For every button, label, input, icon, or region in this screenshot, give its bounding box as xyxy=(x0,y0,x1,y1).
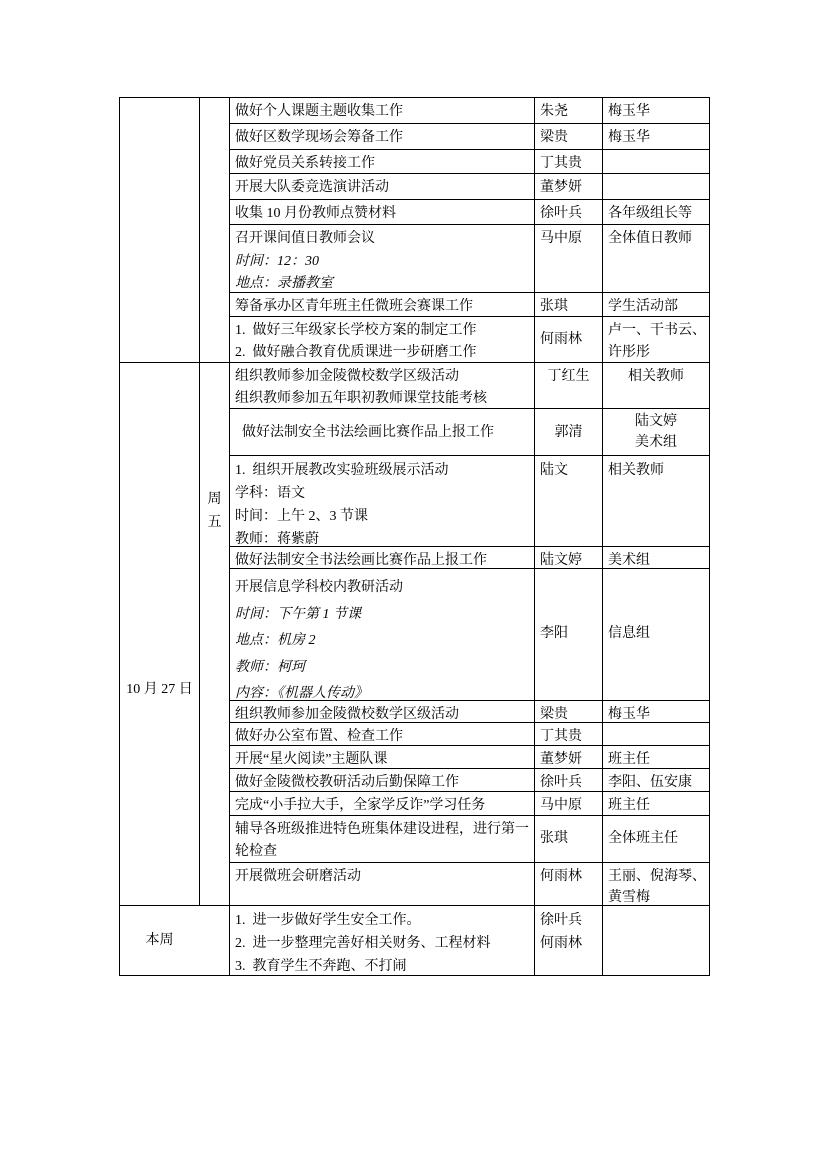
text-line: 教师：柯珂 xyxy=(235,655,531,682)
person-cell: 马中原 xyxy=(535,792,603,816)
text-line: 董梦妍 xyxy=(540,749,599,769)
person-cell: 何雨林 xyxy=(535,317,603,363)
person-cell: 马中原 xyxy=(535,225,603,293)
person-cell: 李阳 xyxy=(535,569,603,701)
text-line: 丁其贵 xyxy=(540,726,599,746)
text-line: 马中原 xyxy=(540,795,599,816)
text-line: 董梦妍 xyxy=(540,177,599,198)
week-summary-cell: 本周 xyxy=(120,906,230,975)
text-line: 2. 做好融合教育优质课进一步研磨工作 xyxy=(235,342,531,363)
collaborator-cell: 梅玉华 xyxy=(603,98,709,124)
task-cell: 完成“小手拉大手，全家学反诈”学习任务 xyxy=(230,792,535,816)
text-line: 时间：12：30 xyxy=(235,251,531,274)
week-label: 本周 xyxy=(146,929,174,949)
task-cell: 1. 进一步做好学生安全工作。2. 进一步整理完善好相关财务、工程材料3. 教育… xyxy=(230,906,535,975)
day-label: 周五 xyxy=(207,488,223,534)
text-line: 地点：录播教室 xyxy=(235,273,531,293)
text-line: 时间：上午 2、3 节课 xyxy=(235,505,531,528)
text-line: 陆文婷 xyxy=(540,550,599,569)
schedule-table: 做好个人课题主题收集工作朱尧梅玉华做好区数学现场会筹备工作梁贵梅玉华做好党员关系… xyxy=(119,97,710,976)
text-line: 3. 教育学生不奔跑、不打闹 xyxy=(235,955,531,975)
collaborator-cell: 相关教师 xyxy=(603,456,709,547)
collaborator-cell: 信息组 xyxy=(603,569,709,701)
text-line: 丁其贵 xyxy=(540,153,599,174)
text-line: 徐叶兵 xyxy=(540,909,599,932)
text-line: 李阳 xyxy=(540,621,599,648)
task-cell: 开展大队委竞选演讲活动 xyxy=(230,174,535,200)
person-cell: 梁贵 xyxy=(535,701,603,723)
text-line: 王丽、倪海琴、 xyxy=(608,866,706,887)
task-cell: 组织教师参加金陵微校数学区级活动组织教师参加五年职初教师课堂技能考核 xyxy=(230,363,535,409)
text-line: 1. 进一步做好学生安全工作。 xyxy=(235,909,531,932)
person-cell: 陆文 xyxy=(535,456,603,547)
text-line: 开展信息学科校内教研活动 xyxy=(235,575,531,602)
collaborator-cell xyxy=(603,906,709,975)
text-line: 郭清 xyxy=(535,422,602,443)
text-line: 组织教师参加五年职初教师课堂技能考核 xyxy=(235,388,531,409)
person-cell: 郭清 xyxy=(535,409,603,456)
text-line: 卢一、干书云、 xyxy=(608,320,706,342)
task-cell: 做好党员关系转接工作 xyxy=(230,150,535,174)
collaborator-cell xyxy=(603,723,709,746)
text-line: 组织教师参加金陵微校数学区级活动 xyxy=(235,704,531,723)
text-line: 2. 进一步整理完善好相关财务、工程材料 xyxy=(235,932,531,955)
task-cell: 辅导各班级推进特色班集体建设进程，进行第一轮检查 xyxy=(230,816,535,863)
person-cell: 董梦妍 xyxy=(535,746,603,769)
text-line: 1. 做好三年级家长学校方案的制定工作 xyxy=(235,320,531,342)
task-cell: 开展微班会研磨活动 xyxy=(230,863,535,906)
text-line: 张琪 xyxy=(540,296,599,317)
collaborator-cell: 卢一、干书云、许彤彤 xyxy=(603,317,709,363)
text-line: 各年级组长等 xyxy=(608,203,706,224)
task-cell: 做好法制安全书法绘画比赛作品上报工作 xyxy=(230,547,535,569)
text-line: 辅导各班级推进特色班集体建设进程，进行第一轮检查 xyxy=(235,819,531,863)
document-page: 做好个人课题主题收集工作朱尧梅玉华做好区数学现场会筹备工作梁贵梅玉华做好党员关系… xyxy=(0,0,827,1170)
collaborator-cell: 各年级组长等 xyxy=(603,200,709,225)
task-cell: 做好个人课题主题收集工作 xyxy=(230,98,535,124)
task-cell: 组织教师参加金陵微校数学区级活动 xyxy=(230,701,535,723)
person-cell: 张琪 xyxy=(535,293,603,317)
collaborator-cell: 李阳、伍安康 xyxy=(603,769,709,792)
text-line: 地点：机房 2 xyxy=(235,628,531,655)
text-line: 内容：《机器人传动》 xyxy=(235,681,531,701)
text-line: 做好个人课题主题收集工作 xyxy=(235,101,531,122)
text-line: 开展“星火阅读”主题队课 xyxy=(235,749,531,769)
day-cell: 周五 xyxy=(200,363,230,906)
text-line: 开展微班会研磨活动 xyxy=(235,866,531,887)
text-line: 收集 10 月份教师点赞材料 xyxy=(235,203,531,224)
text-line: 张琪 xyxy=(540,828,599,850)
date-cell xyxy=(120,98,200,363)
text-line: 相关教师 xyxy=(608,459,706,482)
collaborator-cell: 陆文婷美术组 xyxy=(603,409,709,456)
text-line: 丁红生 xyxy=(535,366,602,388)
text-line: 教师：蒋紫蔚 xyxy=(235,528,531,547)
text-line: 梅玉华 xyxy=(608,101,706,122)
text-line: 朱尧 xyxy=(540,101,599,122)
text-line: 全体班主任 xyxy=(608,828,706,850)
person-cell: 丁其贵 xyxy=(535,723,603,746)
collaborator-cell xyxy=(603,174,709,200)
text-line: 筹备承办区青年班主任微班会赛课工作 xyxy=(235,296,531,317)
text-line: 相关教师 xyxy=(603,366,709,388)
text-line: 完成“小手拉大手，全家学反诈”学习任务 xyxy=(235,795,531,816)
text-line: 做好法制安全书法绘画比赛作品上报工作 xyxy=(242,422,531,443)
task-cell: 1. 做好三年级家长学校方案的制定工作2. 做好融合教育优质课进一步研磨工作 xyxy=(230,317,535,363)
text-line: 徐叶兵 xyxy=(540,772,599,792)
person-cell: 丁其贵 xyxy=(535,150,603,174)
collaborator-cell xyxy=(603,150,709,174)
collaborator-cell: 美术组 xyxy=(603,547,709,569)
task-cell: 开展“星火阅读”主题队课 xyxy=(230,746,535,769)
person-cell: 何雨林 xyxy=(535,863,603,906)
date-label: 10 月 27 日 xyxy=(122,679,197,701)
person-cell: 丁红生 xyxy=(535,363,603,409)
text-line: 做好金陵微校教研活动后勤保障工作 xyxy=(235,772,531,792)
collaborator-cell: 学生活动部 xyxy=(603,293,709,317)
text-line: 组织教师参加金陵微校数学区级活动 xyxy=(235,366,531,388)
text-line: 黄雪梅 xyxy=(608,887,706,906)
text-line: 陆文婷 xyxy=(603,411,709,432)
collaborator-cell: 班主任 xyxy=(603,792,709,816)
text-line: 开展大队委竞选演讲活动 xyxy=(235,177,531,198)
text-line: 召开课间值日教师会议 xyxy=(235,228,531,251)
text-line: 学科：语文 xyxy=(235,482,531,505)
day-cell xyxy=(200,98,230,363)
text-line: 马中原 xyxy=(540,228,599,251)
collaborator-cell: 班主任 xyxy=(603,746,709,769)
person-cell: 董梦妍 xyxy=(535,174,603,200)
collaborator-cell: 全体值日教师 xyxy=(603,225,709,293)
task-cell: 收集 10 月份教师点赞材料 xyxy=(230,200,535,225)
text-line: 何雨林 xyxy=(540,932,599,955)
text-line: 学生活动部 xyxy=(608,296,706,317)
text-line: 美术组 xyxy=(608,550,706,569)
task-cell: 筹备承办区青年班主任微班会赛课工作 xyxy=(230,293,535,317)
text-line: 班主任 xyxy=(608,749,706,769)
text-line: 1. 组织开展教改实验班级展示活动 xyxy=(235,459,531,482)
text-line: 信息组 xyxy=(608,621,706,648)
text-line: 梁贵 xyxy=(540,127,599,148)
text-line: 班主任 xyxy=(608,795,706,816)
text-line: 做好区数学现场会筹备工作 xyxy=(235,127,531,148)
text-line: 美术组 xyxy=(603,432,709,453)
collaborator-cell: 相关教师 xyxy=(603,363,709,409)
person-cell: 陆文婷 xyxy=(535,547,603,569)
collaborator-cell: 王丽、倪海琴、黄雪梅 xyxy=(603,863,709,906)
collaborator-cell: 梅玉华 xyxy=(603,124,709,150)
text-line: 全体值日教师 xyxy=(608,228,706,251)
text-line: 陆文 xyxy=(540,459,599,482)
task-cell: 做好区数学现场会筹备工作 xyxy=(230,124,535,150)
text-line: 何雨林 xyxy=(540,866,599,887)
task-cell: 做好法制安全书法绘画比赛作品上报工作 xyxy=(230,409,535,456)
date-cell: 10 月 27 日 xyxy=(120,363,200,906)
task-cell: 召开课间值日教师会议时间：12：30地点：录播教室 xyxy=(230,225,535,293)
task-cell: 做好办公室布置、检查工作 xyxy=(230,723,535,746)
text-line: 做好党员关系转接工作 xyxy=(235,153,531,174)
task-cell: 1. 组织开展教改实验班级展示活动学科：语文时间：上午 2、3 节课教师：蒋紫蔚 xyxy=(230,456,535,547)
text-line: 做好办公室布置、检查工作 xyxy=(235,726,531,746)
collaborator-cell: 全体班主任 xyxy=(603,816,709,863)
text-line: 梁贵 xyxy=(540,704,599,723)
person-cell: 徐叶兵何雨林 xyxy=(535,906,603,975)
task-cell: 开展信息学科校内教研活动时间：下午第 1 节课地点：机房 2教师：柯珂内容：《机… xyxy=(230,569,535,701)
text-line: 李阳、伍安康 xyxy=(608,772,706,792)
collaborator-cell: 梅玉华 xyxy=(603,701,709,723)
text-line: 徐叶兵 xyxy=(540,203,599,224)
text-line: 梅玉华 xyxy=(608,704,706,723)
text-line: 时间：下午第 1 节课 xyxy=(235,602,531,629)
person-cell: 朱尧 xyxy=(535,98,603,124)
text-line: 梅玉华 xyxy=(608,127,706,148)
task-cell: 做好金陵微校教研活动后勤保障工作 xyxy=(230,769,535,792)
text-line: 何雨林 xyxy=(540,329,599,351)
text-line: 许彤彤 xyxy=(608,342,706,363)
person-cell: 梁贵 xyxy=(535,124,603,150)
text-line: 做好法制安全书法绘画比赛作品上报工作 xyxy=(235,550,531,569)
person-cell: 张琪 xyxy=(535,816,603,863)
person-cell: 徐叶兵 xyxy=(535,769,603,792)
person-cell: 徐叶兵 xyxy=(535,200,603,225)
